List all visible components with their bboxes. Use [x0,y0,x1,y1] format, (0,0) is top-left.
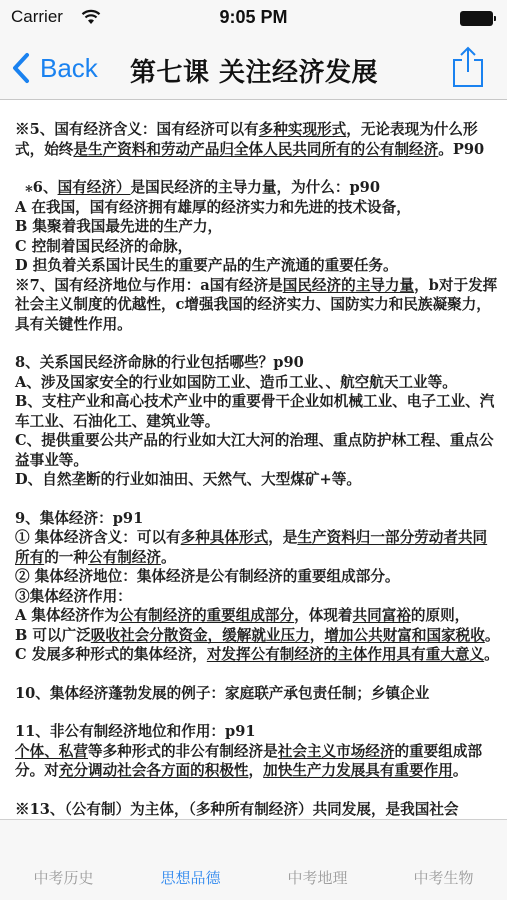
section-8-d: D、自然垄断的行业如油田、天然气、大型煤矿+等。 [15,470,500,490]
section-9-a: A 集体经济作为公有制经济的重要组成部分，体现着共同富裕的原则， [15,606,500,626]
section-9-item-3: ③集体经济作用： [15,587,500,607]
section-6-c: C 控制着国民经济的命脉， [15,237,500,257]
section-9-item-1: ① 集体经济含义：可以有多种具体形式，是生产资料归一部分劳动者共同所有的一种公有… [15,528,500,567]
back-button[interactable]: Back [12,50,98,86]
section-9-title: 9、集体经济：p91 [15,509,500,529]
section-9-item-2: ② 集体经济地位：集体经济是公有制经济的重要组成部分。 [15,567,500,587]
section-6-title: ⁎6、国有经济）是国民经济的主导力量，为什么：p90 [15,178,500,198]
section-6-d: D 担负着关系国计民生的重要产品的生产流通的重要任务。 [15,256,500,276]
back-label: Back [40,53,98,84]
section-11-body: 个体、私营等多种形式的非公有制经济是社会主义市场经济的重要组成部分。对充分调动社… [15,742,500,781]
section-9-b: B 可以广泛吸收社会分散资金，缓解就业压力，增加公共财富和国家税收。 [15,626,500,646]
tab-history[interactable]: 中考历史 [0,867,127,888]
document-body: 9、国有经济的主导作用和国民经济命脉 p90 ※5、国有经济含义：国有经济可以有… [15,101,500,819]
section-8-c: C、提供重要公共产品的行业如大江大河的治理、重点防护林工程、重点公益事业等。 [15,431,500,470]
chevron-left-icon [12,52,30,84]
section-6-b: B 集聚着我国最先进的生产力， [15,217,500,237]
page-title: 第七课 关注经济发展 [130,52,378,89]
tab-geography[interactable]: 中考地理 [254,867,381,888]
section-9-c: C 发展多种形式的集体经济，对发挥公有制经济的主体作用具有重大意义。 [15,645,500,665]
tab-bar: 中考历史 思想品德 中考地理 中考生物 [0,819,507,900]
status-bar: Carrier 9:05 PM [0,0,507,36]
clock: 9:05 PM [0,7,507,28]
section-8-b: B、支柱产业和高心技术产业中的重要骨干企业如机械工业、电子工业、汽车工业、石油化… [15,392,500,431]
section-8-a: A、涉及国家安全的行业如国防工业、造币工业、、航空航天工业等。 [15,373,500,393]
section-7: ※7、国有经济地位与作用：a国有经济是国民经济的主导力量，b对于发挥社会主义制度… [15,276,500,335]
section-11-title: 11、非公有制经济地位和作用：p91 [15,722,500,742]
document-scroll-view[interactable]: 9、国有经济的主导作用和国民经济命脉 p90 ※5、国有经济含义：国有经济可以有… [0,101,507,819]
section-8-title: 8、关系国民经济命脉的行业包括哪些？p90 [15,353,500,373]
section-13: ※13、（公有制）为主体，（多种所有制经济）共同发展，是我国社会 [15,800,500,820]
section-6-a: A 在我国，国有经济拥有雄厚的经济实力和先进的技术设备， [15,198,500,218]
section-10: 10、集体经济蓬勃发展的例子：家庭联产承包责任制；乡镇企业 [15,684,500,704]
share-icon[interactable] [451,46,485,88]
section-5: ※5、国有经济含义：国有经济可以有多种实现形式，无论表现为什么形式，始终是生产资… [15,120,500,159]
navigation-bar: Back 第七课 关注经济发展 [0,36,507,100]
battery-icon [460,11,496,26]
tab-biology[interactable]: 中考生物 [380,867,507,888]
tab-ideology-morality[interactable]: 思想品德 [127,867,254,888]
